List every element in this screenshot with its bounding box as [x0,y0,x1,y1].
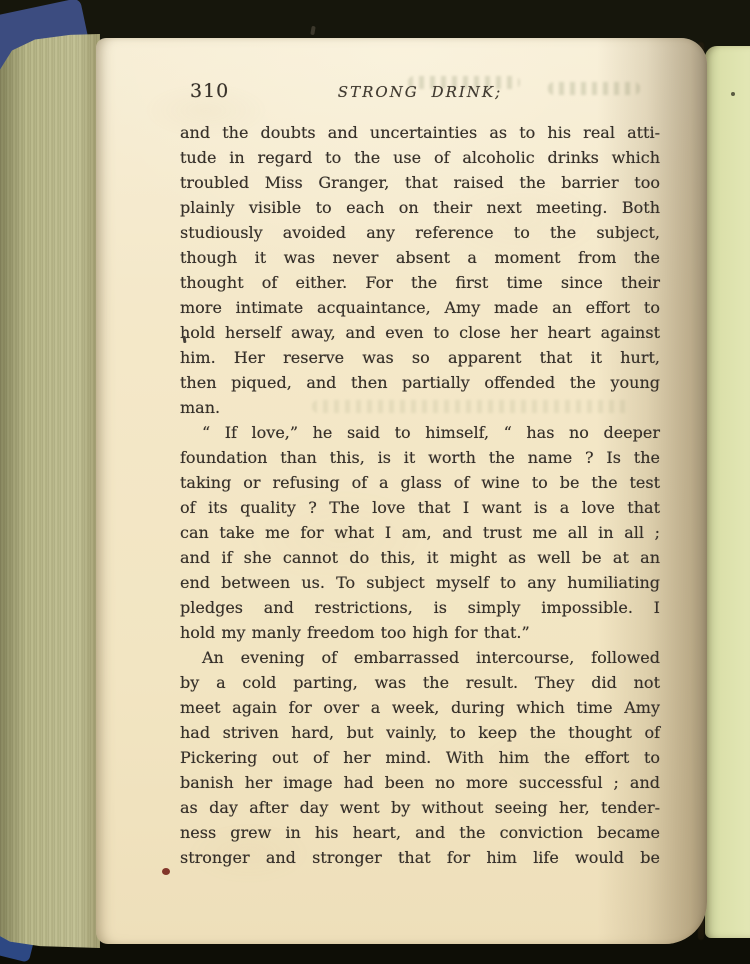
page-content: 310 STRONG DRINK; and the doubts and unc… [180,78,660,120]
text-line: him. Her reserve was so apparent that it… [180,345,660,370]
text-line: taking or refusing of a glass of wine to… [180,470,660,495]
text-line: thought of either. For the first time si… [180,270,660,295]
text-line: ness grew in his heart, and the convicti… [180,820,660,845]
book-scan: 310 STRONG DRINK; and the doubts and unc… [0,0,750,964]
text-line: An evening of embarrassed intercourse, f… [180,645,660,670]
text-line: hold my manly freedom too high for that.… [180,620,660,645]
text-line: of its quality ? The love that I want is… [180,495,660,520]
facing-page-speck [731,92,735,96]
text-line: and the doubts and uncertainties as to h… [180,120,660,145]
text-line: foundation than this, is it worth the na… [180,445,660,470]
text-line: “ If love,” he said to himself, “ has no… [180,420,660,445]
fore-edge-page-stack [0,34,100,948]
text-line: stronger and stronger that for him life … [180,845,660,870]
page-body: and the doubts and uncertainties as to h… [180,120,660,870]
text-line: as day after day went by without seeing … [180,795,660,820]
text-line: then piqued, and then partially offended… [180,370,660,395]
text-line: hold herself away, and even to close her… [180,320,660,345]
running-header: STRONG DRINK; [180,83,660,101]
text-line: had striven hard, but vainly, to keep th… [180,720,660,745]
text-line: man. [180,395,660,420]
text-line: tude in regard to the use of alcoholic d… [180,145,660,170]
text-line: though it was never absent a moment from… [180,245,660,270]
text-line: troubled Miss Granger, that raised the b… [180,170,660,195]
red-speck [162,868,170,875]
text-line: banish her image had been no more succes… [180,770,660,795]
page-header: 310 STRONG DRINK; [180,78,660,120]
text-line: and if she cannot do this, it might as w… [180,545,660,570]
text-line: pledges and restrictions, is simply impo… [180,595,660,620]
text-line: by a cold parting, was the result. They … [180,670,660,695]
text-line: studiously avoided any reference to the … [180,220,660,245]
text-line: Pickering out of her mind. With him the … [180,745,660,770]
text-line: more intimate acquaintance, Amy made an … [180,295,660,320]
text-line: end between us. To subject myself to any… [180,570,660,595]
text-line: can take me for what I am, and trust me … [180,520,660,545]
facing-page-edge [705,46,750,938]
text-line: meet again for over a week, during which… [180,695,660,720]
ink-speck [310,26,316,36]
text-line: plainly visible to each on their next me… [180,195,660,220]
